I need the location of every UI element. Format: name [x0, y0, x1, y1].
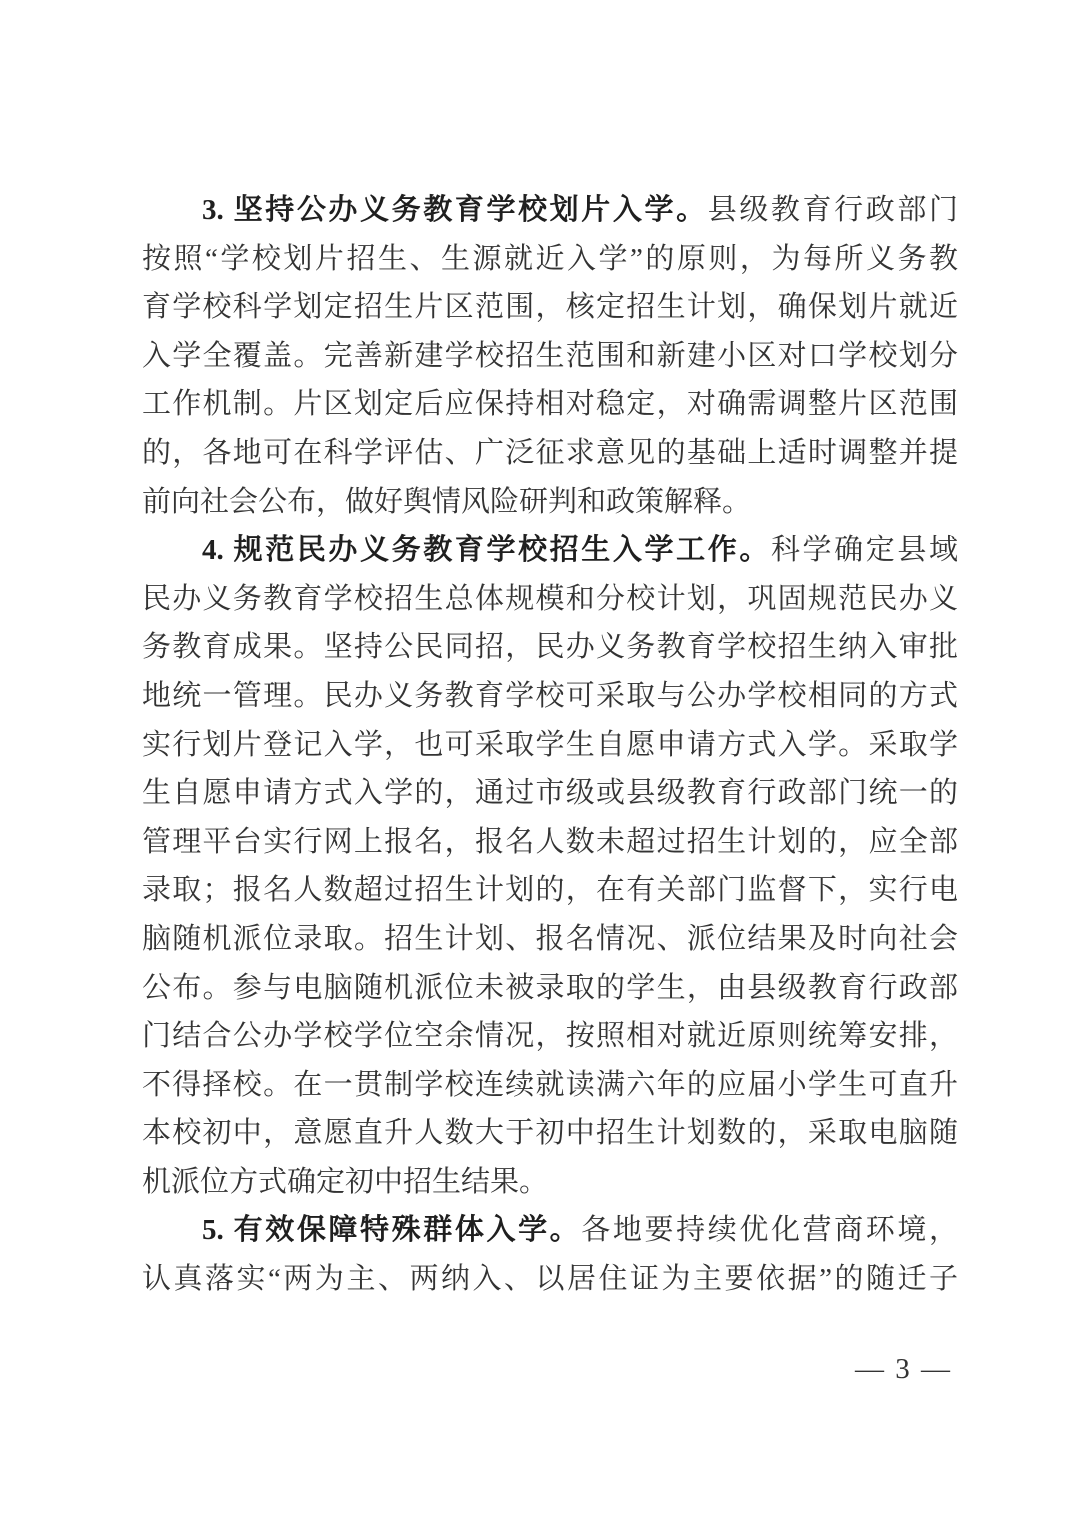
- document-body: 3. 坚持公办义务教育学校划片入学。县级教育行政部门按照“学校划片招生、生源就近…: [142, 186, 958, 1304]
- line-text: 的，各地可在科学评估、广泛征求意见的基础上适时调整并提: [142, 437, 958, 469]
- document-page: 3. 坚持公办义务教育学校划片入学。县级教育行政部门按照“学校划片招生、生源就近…: [0, 0, 1080, 1527]
- line-text: 务教育成果。坚持公民同招，民办义务教育学校招生纳入审批: [142, 631, 958, 663]
- text-line: 认真落实“两为主、两纳入、以居住证为主要依据”的随迁子: [142, 1255, 958, 1304]
- line-text: 本校初中，意愿直升人数大于初中招生计划数的，采取电脑随: [142, 1117, 958, 1149]
- text-line: 务教育成果。坚持公民同招，民办义务教育学校招生纳入审批: [142, 623, 958, 672]
- line-text: 机派位方式确定初中招生结果。: [142, 1166, 548, 1198]
- paragraph-heading: 4. 规范民办义务教育学校招生入学工作。: [202, 534, 771, 566]
- text-line: 本校初中，意愿直升人数大于初中招生计划数的，采取电脑随: [142, 1109, 958, 1158]
- text-line: 育学校科学划定招生片区范围，核定招生计划，确保划片就近: [142, 283, 958, 332]
- line-text: 入学全覆盖。完善新建学校招生范围和新建小区对口学校划分: [142, 340, 958, 372]
- text-line: 门结合公办学校学位空余情况，按照相对就近原则统筹安排，: [142, 1012, 958, 1061]
- line-text: 脑随机派位录取。招生计划、报名情况、派位结果及时向社会: [142, 923, 958, 955]
- text-line: 录取；报名人数超过招生计划的，在有关部门监督下，实行电: [142, 866, 958, 915]
- text-line: 的，各地可在科学评估、广泛征求意见的基础上适时调整并提: [142, 429, 958, 478]
- text-line: 工作机制。片区划定后应保持相对稳定，对确需调整片区范围: [142, 380, 958, 429]
- paragraph-heading: 5. 有效保障特殊群体入学。: [202, 1214, 581, 1246]
- text-line: 脑随机派位录取。招生计划、报名情况、派位结果及时向社会: [142, 915, 958, 964]
- line-text: 实行划片登记入学，也可采取学生自愿申请方式入学。采取学: [142, 729, 958, 761]
- text-line: 管理平台实行网上报名，报名人数未超过招生计划的，应全部: [142, 818, 958, 867]
- line-text: 科学确定县域: [771, 534, 958, 566]
- line-text: 公布。参与电脑随机派位未被录取的学生，由县级教育行政部: [142, 972, 958, 1004]
- text-line: 4. 规范民办义务教育学校招生入学工作。科学确定县域: [142, 526, 958, 575]
- line-text: 工作机制。片区划定后应保持相对稳定，对确需调整片区范围: [142, 388, 958, 420]
- text-line: 按照“学校划片招生、生源就近入学”的原则，为每所义务教: [142, 235, 958, 284]
- text-line: 地统一管理。民办义务教育学校可采取与公办学校相同的方式: [142, 672, 958, 721]
- text-line: 3. 坚持公办义务教育学校划片入学。县级教育行政部门: [142, 186, 958, 235]
- text-line: 实行划片登记入学，也可采取学生自愿申请方式入学。采取学: [142, 721, 958, 770]
- line-text: 前向社会公布，做好舆情风险研判和政策解释。: [142, 486, 751, 518]
- text-line: 5. 有效保障特殊群体入学。各地要持续优化营商环境，: [142, 1206, 958, 1255]
- line-text: 生自愿申请方式入学的，通过市级或县级教育行政部门统一的: [142, 777, 958, 809]
- line-text: 录取；报名人数超过招生计划的，在有关部门监督下，实行电: [142, 874, 958, 906]
- line-text: 各地要持续优化营商环境，: [581, 1214, 958, 1246]
- line-text: 不得择校。在一贯制学校连续就读满六年的应届小学生可直升: [142, 1069, 958, 1101]
- line-text: 县级教育行政部门: [708, 194, 958, 226]
- text-line: 机派位方式确定初中招生结果。: [142, 1158, 958, 1207]
- page-number: — 3 —: [855, 1352, 952, 1386]
- text-line: 公布。参与电脑随机派位未被录取的学生，由县级教育行政部: [142, 964, 958, 1013]
- line-text: 门结合公办学校学位空余情况，按照相对就近原则统筹安排，: [142, 1020, 958, 1052]
- text-line: 民办义务教育学校招生总体规模和分校计划，巩固规范民办义: [142, 575, 958, 624]
- line-text: 民办义务教育学校招生总体规模和分校计划，巩固规范民办义: [142, 583, 958, 615]
- line-text: 按照“学校划片招生、生源就近入学”的原则，为每所义务教: [142, 243, 958, 275]
- line-text: 认真落实“两为主、两纳入、以居住证为主要依据”的随迁子: [142, 1263, 958, 1295]
- text-line: 入学全覆盖。完善新建学校招生范围和新建小区对口学校划分: [142, 332, 958, 381]
- text-line: 生自愿申请方式入学的，通过市级或县级教育行政部门统一的: [142, 769, 958, 818]
- line-text: 地统一管理。民办义务教育学校可采取与公办学校相同的方式: [142, 680, 958, 712]
- text-line: 不得择校。在一贯制学校连续就读满六年的应届小学生可直升: [142, 1061, 958, 1110]
- paragraph-heading: 3. 坚持公办义务教育学校划片入学。: [202, 194, 708, 226]
- line-text: 育学校科学划定招生片区范围，核定招生计划，确保划片就近: [142, 291, 958, 323]
- line-text: 管理平台实行网上报名，报名人数未超过招生计划的，应全部: [142, 826, 958, 858]
- text-line: 前向社会公布，做好舆情风险研判和政策解释。: [142, 478, 958, 527]
